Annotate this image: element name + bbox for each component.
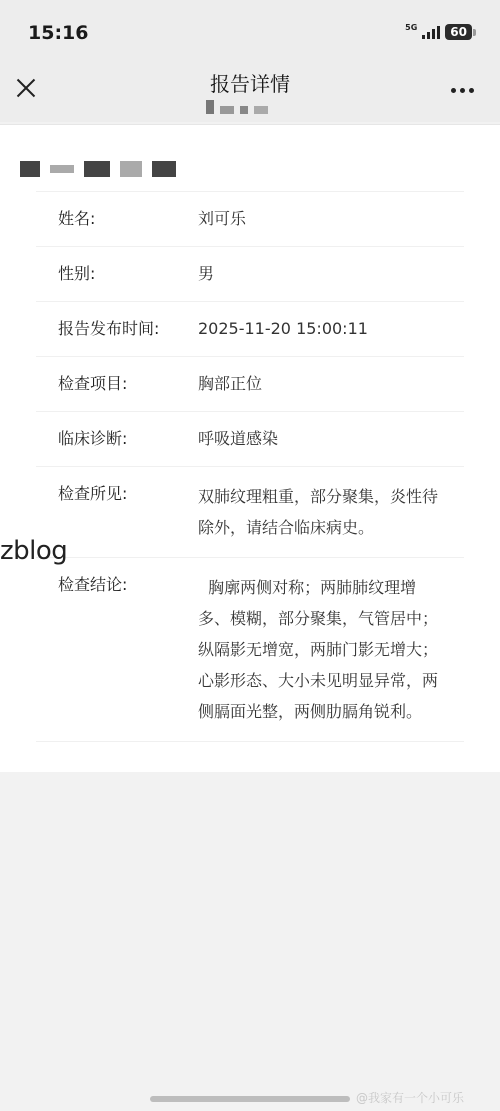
- status-time: 15:16: [28, 22, 88, 44]
- row-exam-item: 检查项目: 胸部正位: [36, 357, 464, 412]
- signal-icon: [422, 26, 440, 39]
- publish-time-value: 2025-11-20 15:00:11: [198, 316, 464, 342]
- page-subtitle-redacted: [206, 100, 268, 114]
- findings-label: 检查所见:: [58, 481, 198, 543]
- status-bar: 15:16 5G 60: [0, 0, 500, 66]
- battery-icon: 60: [445, 24, 472, 40]
- row-gender: 性别: 男: [36, 247, 464, 302]
- conclusion-value: 胸廓两侧对称；两肺肺纹理增多、模糊，部分聚集，气管居中；纵隔影无增宽，两肺门影无…: [198, 572, 464, 727]
- row-clinical-diagnosis: 临床诊断: 呼吸道感染: [36, 412, 464, 467]
- row-name: 姓名: 刘可乐: [36, 192, 464, 247]
- row-findings: 检查所见: 双肺纹理粗重，部分聚集，炎性待除外，请结合临床病史。: [36, 467, 464, 558]
- hospital-name-redacted: [0, 125, 500, 191]
- name-value: 刘可乐: [198, 206, 464, 232]
- conclusion-label: 检查结论:: [58, 572, 198, 727]
- row-conclusion: 检查结论: 胸廓两侧对称；两肺肺纹理增多、模糊，部分聚集，气管居中；纵隔影无增宽…: [36, 558, 464, 742]
- findings-value: 双肺纹理粗重，部分聚集，炎性待除外，请结合临床病史。: [198, 481, 464, 543]
- zblog-watermark: zblog: [0, 536, 67, 566]
- name-label: 姓名:: [58, 206, 198, 232]
- weibo-watermark: @我家有一个小可乐: [356, 1089, 464, 1106]
- gender-value: 男: [198, 261, 464, 287]
- clinical-diagnosis-label: 临床诊断:: [58, 426, 198, 452]
- exam-item-label: 检查项目:: [58, 371, 198, 397]
- publish-time-label: 报告发布时间:: [58, 316, 198, 342]
- gender-label: 性别:: [58, 261, 198, 287]
- report-info-list: 姓名: 刘可乐 性别: 男 报告发布时间: 2025-11-20 15:00:1…: [36, 191, 464, 742]
- home-indicator[interactable]: [150, 1096, 350, 1102]
- page-title: 报告详情: [0, 68, 500, 97]
- report-page: 姓名: 刘可乐 性别: 男 报告发布时间: 2025-11-20 15:00:1…: [0, 124, 500, 772]
- network-type: 5G: [405, 24, 417, 32]
- exam-item-value: 胸部正位: [198, 371, 464, 397]
- clinical-diagnosis-value: 呼吸道感染: [198, 426, 464, 452]
- more-icon[interactable]: [451, 88, 474, 93]
- status-indicators: 5G 60: [405, 24, 472, 40]
- row-publish-time: 报告发布时间: 2025-11-20 15:00:11: [36, 302, 464, 357]
- nav-bar: 报告详情: [0, 66, 500, 122]
